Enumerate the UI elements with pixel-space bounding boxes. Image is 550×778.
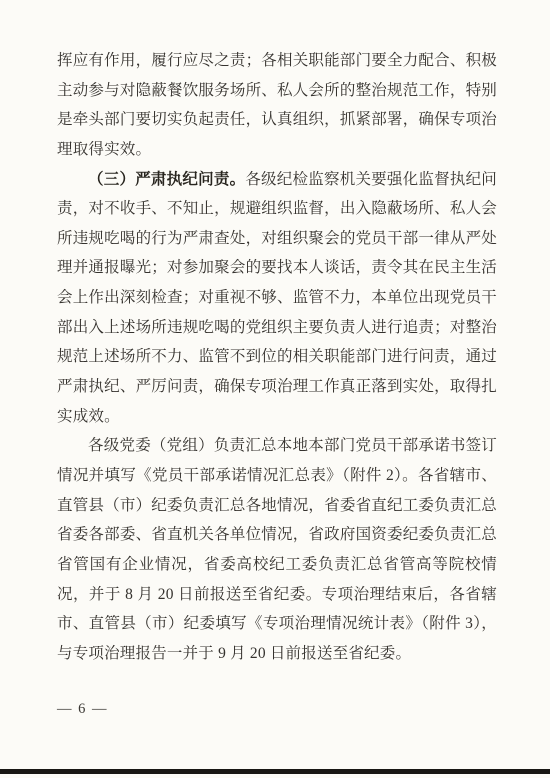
- text-line: 况，并于 8 月 20 日前报送至省纪委。专项治理结束后，各省辖: [57, 580, 497, 610]
- text-line: 部出入上述场所违规吃喝的党组织主要负责人进行追责；对整治: [57, 313, 497, 343]
- paragraph-2: （三）严肃执纪问责。各级纪检监察机关要强化监督执纪问责，对不收手、不知止，规避组…: [57, 165, 497, 432]
- text-line: 直管县（市）纪委负责汇总各地情况，省委省直纪工委负责汇总: [57, 491, 497, 521]
- text-line: 情况并填写《党员干部承诺情况汇总表》（附件 2）。各省辖市、: [57, 461, 497, 491]
- section-heading: （三）严肃执纪问责。: [88, 171, 245, 188]
- body-text: 挥应有作用，履行应尽之责；各相关职能部门要全力配合、积极主动参与对隐蔽餐饮服务场…: [57, 46, 497, 668]
- text-line: 是牵头部门要切实负起责任，认真组织，抓紧部署，确保专项治: [57, 105, 497, 135]
- text-line: 各级党委（党组）负责汇总本地本部门党员干部承诺书签订: [57, 431, 497, 461]
- text-line: 与专项治理报告一并于 9 月 20 日前报送至省纪委。: [57, 639, 497, 669]
- page-number: — 6 —: [57, 699, 108, 719]
- text-line: 所违规吃喝的行为严肃查处，对组织聚会的党员干部一律从严处: [57, 224, 497, 254]
- text-line: 主动参与对隐蔽餐饮服务场所、私人会所的整治规范工作，特别: [57, 76, 497, 106]
- text-line: （三）严肃执纪问责。各级纪检监察机关要强化监督执纪问: [57, 165, 497, 195]
- text-line: 实成效。: [57, 402, 497, 432]
- paragraph-3: 各级党委（党组）负责汇总本地本部门党员干部承诺书签订情况并填写《党员干部承诺情况…: [57, 431, 497, 668]
- text-line: 市、直管县（市）纪委填写《专项治理情况统计表》（附件 3），: [57, 609, 497, 639]
- text-line: 责，对不收手、不知止，规避组织监督，出入隐蔽场所、私人会: [57, 194, 497, 224]
- text-line: 严肃执纪、严厉问责，确保专项治理工作真正落到实处，取得扎: [57, 372, 497, 402]
- text-line: 挥应有作用，履行应尽之责；各相关职能部门要全力配合、积极: [57, 46, 497, 76]
- text-line: 理并通报曝光；对参加聚会的要找本人谈话，责令其在民主生活: [57, 253, 497, 283]
- document-page: 挥应有作用，履行应尽之责；各相关职能部门要全力配合、积极主动参与对隐蔽餐饮服务场…: [0, 0, 550, 778]
- paragraph-1: 挥应有作用，履行应尽之责；各相关职能部门要全力配合、积极主动参与对隐蔽餐饮服务场…: [57, 46, 497, 165]
- text-line: 省管国有企业情况，省委高校纪工委负责汇总省管高等院校情: [57, 550, 497, 580]
- text-line: 理取得实效。: [57, 135, 497, 165]
- text-line: 省委各部委、省直机关各单位情况，省政府国资委纪委负责汇总: [57, 520, 497, 550]
- text-line: 规范上述场所不力、监管不到位的相关职能部门进行问责，通过: [57, 342, 497, 372]
- text-line: 会上作出深刻检查；对重视不够、监管不力，本单位出现党员干: [57, 283, 497, 313]
- page-bottom-border: [0, 769, 550, 774]
